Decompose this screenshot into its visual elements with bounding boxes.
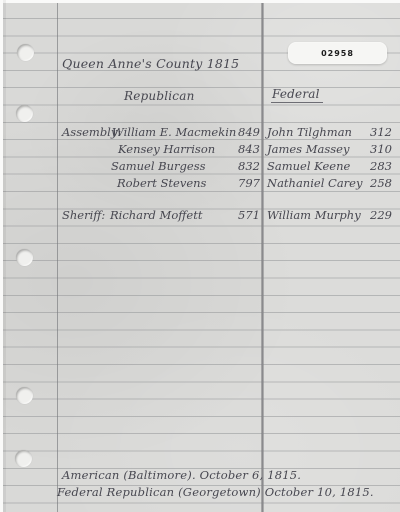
federal-votes: 229	[350, 208, 392, 222]
result-row-assembly-3: Samuel Burgess 832 Samuel Keene 283	[0, 159, 400, 174]
result-row-assembly-2: Kensey Harrison 843 James Massey 310	[0, 142, 400, 157]
result-row-assembly-4: Robert Stevens 797 Nathaniel Carey 258	[0, 176, 400, 191]
federal-candidate: James Massey	[267, 142, 349, 156]
federal-votes: 258	[350, 176, 392, 190]
result-row-sheriff: Sheriff: Richard Moffett 571 William Mur…	[0, 208, 400, 223]
office-label: Sheriff:	[62, 208, 105, 222]
column-header-republican: Republican	[124, 89, 195, 103]
republican-votes: 797	[228, 176, 260, 190]
scan-edge-left	[0, 0, 3, 512]
republican-candidate: Kensey Harrison	[118, 142, 215, 156]
punch-hole	[16, 249, 33, 266]
federal-candidate: Samuel Keene	[267, 159, 350, 173]
federal-candidate: Nathaniel Carey	[267, 176, 362, 190]
catalog-number: 02958	[321, 49, 354, 58]
republican-candidate: William E. Macmekin	[112, 125, 236, 139]
federal-votes: 312	[350, 125, 392, 139]
republican-candidate: Robert Stevens	[117, 176, 206, 190]
result-row-assembly-1: Assembly: William E. Macmekin 849 John T…	[0, 125, 400, 140]
federal-votes: 310	[350, 142, 392, 156]
page-title: Queen Anne's County 1815	[62, 56, 239, 71]
page-fold-seam	[261, 0, 264, 512]
republican-votes: 832	[228, 159, 260, 173]
scan-edge-top	[0, 0, 400, 3]
column-header-federal: Federal	[271, 87, 323, 103]
federal-candidate: William Murphy	[267, 208, 361, 222]
republican-votes: 571	[228, 208, 260, 222]
source-citation: American (Baltimore). October 6, 1815.	[62, 468, 301, 482]
punch-hole	[16, 387, 33, 404]
paper-edge-shadow	[3, 0, 6, 512]
republican-candidate: Richard Moffett	[110, 208, 202, 222]
source-citation: Federal Republican (Georgetown) October …	[57, 485, 374, 499]
margin-line	[57, 0, 58, 512]
catalog-sticker: 02958	[288, 42, 387, 64]
republican-candidate: Samuel Burgess	[111, 159, 206, 173]
punch-hole	[15, 450, 32, 467]
republican-votes: 843	[228, 142, 260, 156]
federal-candidate: John Tilghman	[267, 125, 352, 139]
punch-hole	[17, 44, 34, 61]
federal-votes: 283	[350, 159, 392, 173]
republican-votes: 849	[228, 125, 260, 139]
scanned-ledger-page: 02958 Queen Anne's County 1815 Republica…	[0, 0, 400, 512]
punch-hole	[16, 105, 33, 122]
ruled-lines	[0, 18, 400, 512]
